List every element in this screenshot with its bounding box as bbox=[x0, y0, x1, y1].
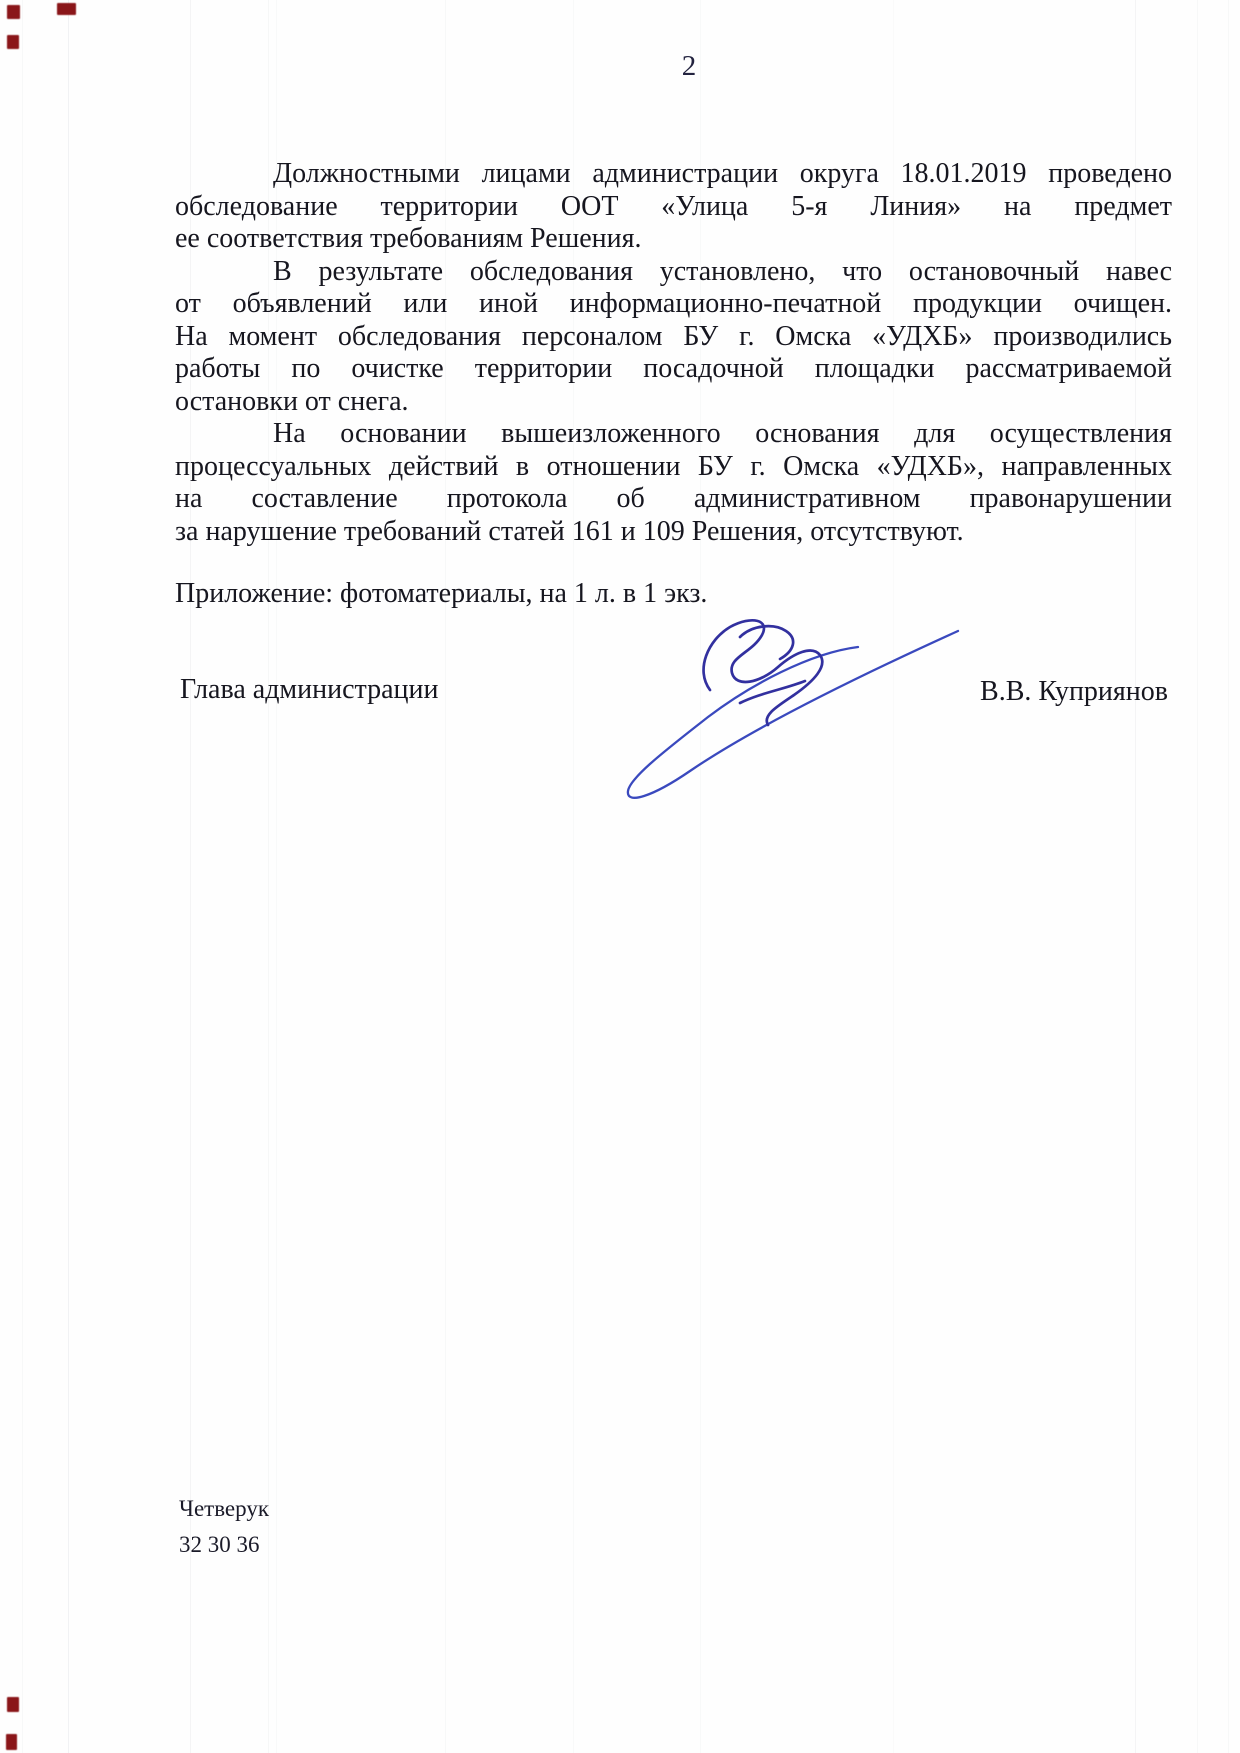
signer-name: В.В. Куприянов bbox=[980, 676, 1168, 708]
body-line: На основании вышеизложенного основания д… bbox=[175, 418, 1172, 451]
body-line: ее соответствия требованиям Решения. bbox=[175, 223, 1172, 256]
scan-streak bbox=[68, 0, 69, 1753]
scan-streak bbox=[1228, 0, 1229, 1753]
scan-streak bbox=[22, 0, 23, 1753]
document-body: Должностными лицами администрации округа… bbox=[175, 158, 1172, 548]
executor-phone: 32 30 36 bbox=[179, 1527, 269, 1563]
executor-footer: Четверук 32 30 36 bbox=[179, 1491, 269, 1563]
document-page: 2 Должностными лицами администрации окру… bbox=[0, 0, 1240, 1753]
scan-streak bbox=[1197, 0, 1198, 1753]
corner-red-mark bbox=[7, 1697, 19, 1712]
corner-red-mark bbox=[57, 3, 76, 15]
body-line: В результате обследования установлено, ч… bbox=[175, 256, 1172, 289]
corner-red-mark bbox=[7, 35, 19, 49]
body-line: Должностными лицами администрации округа… bbox=[175, 158, 1172, 191]
corner-red-mark bbox=[6, 1734, 17, 1750]
body-line: на составление протокола об администрати… bbox=[175, 483, 1172, 516]
body-line: На момент обследования персоналом БУ г. … bbox=[175, 321, 1172, 354]
signer-title: Глава администрации bbox=[180, 674, 439, 706]
body-line: работы по очистке территории посадочной … bbox=[175, 353, 1172, 386]
executor-name: Четверук bbox=[179, 1491, 269, 1527]
corner-red-mark bbox=[7, 5, 20, 19]
page-number: 2 bbox=[672, 50, 706, 83]
body-line: от объявлений или иной информационно-печ… bbox=[175, 288, 1172, 321]
body-line: обследование территории ООТ «Улица 5-я Л… bbox=[175, 191, 1172, 224]
body-line: процессуальных действий в отношении БУ г… bbox=[175, 451, 1172, 484]
handwritten-signature bbox=[590, 585, 980, 820]
body-line: за нарушение требований статей 161 и 109… bbox=[175, 516, 1172, 549]
body-line: остановки от снега. bbox=[175, 386, 1172, 419]
